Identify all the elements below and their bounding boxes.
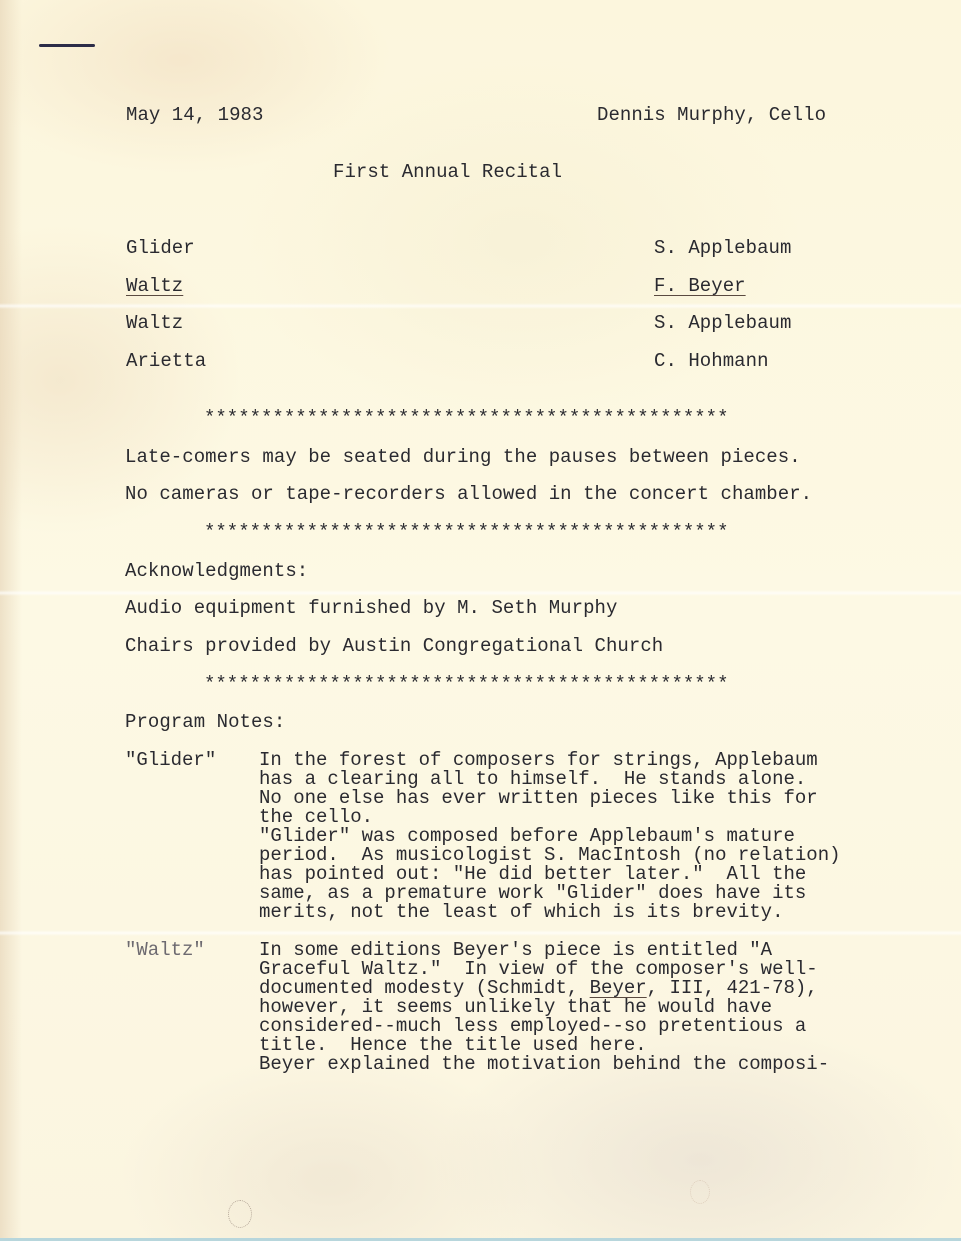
note-line: merits, not the least of which is its br… <box>259 903 841 922</box>
piece-title: Arietta <box>126 352 206 371</box>
piece-composer: S. Applebaum <box>654 239 791 258</box>
piece-title: Glider <box>126 239 195 258</box>
notice-latecomers: Late-comers may be seated during the pau… <box>125 448 801 467</box>
section-divider: ****************************************… <box>204 523 729 542</box>
piece-title: Waltz <box>126 314 183 333</box>
page-title: First Annual Recital <box>333 163 562 182</box>
stain-mark <box>228 1200 252 1228</box>
section-divider: ****************************************… <box>204 409 729 428</box>
note-body: In the forest of composers for strings, … <box>259 751 841 922</box>
paper-fold <box>0 590 961 596</box>
stain-mark <box>690 1180 710 1204</box>
performer-name: Dennis Murphy, Cello <box>597 106 826 125</box>
piece-composer: F. Beyer <box>654 277 746 296</box>
piece-title: Waltz <box>126 277 183 296</box>
notice-no-cameras: No cameras or tape-recorders allowed in … <box>125 485 812 504</box>
note-body: In some editions Beyer's piece is entitl… <box>259 941 829 1074</box>
paper-fold <box>0 303 961 309</box>
acknowledgment-item: Audio equipment furnished by M. Seth Mur… <box>125 599 617 618</box>
note-label: "Glider" <box>125 751 216 770</box>
piece-composer: S. Applebaum <box>654 314 791 333</box>
program-notes-heading: Program Notes: <box>125 713 285 732</box>
acknowledgments-heading: Acknowledgments: <box>125 562 308 581</box>
section-divider: ****************************************… <box>204 675 729 694</box>
acknowledgment-item: Chairs provided by Austin Congregational… <box>125 637 663 656</box>
note-label: "Waltz" <box>125 941 205 960</box>
pen-mark <box>39 44 95 47</box>
paper-fold <box>0 930 961 936</box>
recital-date: May 14, 1983 <box>126 106 263 125</box>
note-line: Beyer explained the motivation behind th… <box>259 1055 829 1074</box>
piece-composer: C. Hohmann <box>654 352 769 371</box>
